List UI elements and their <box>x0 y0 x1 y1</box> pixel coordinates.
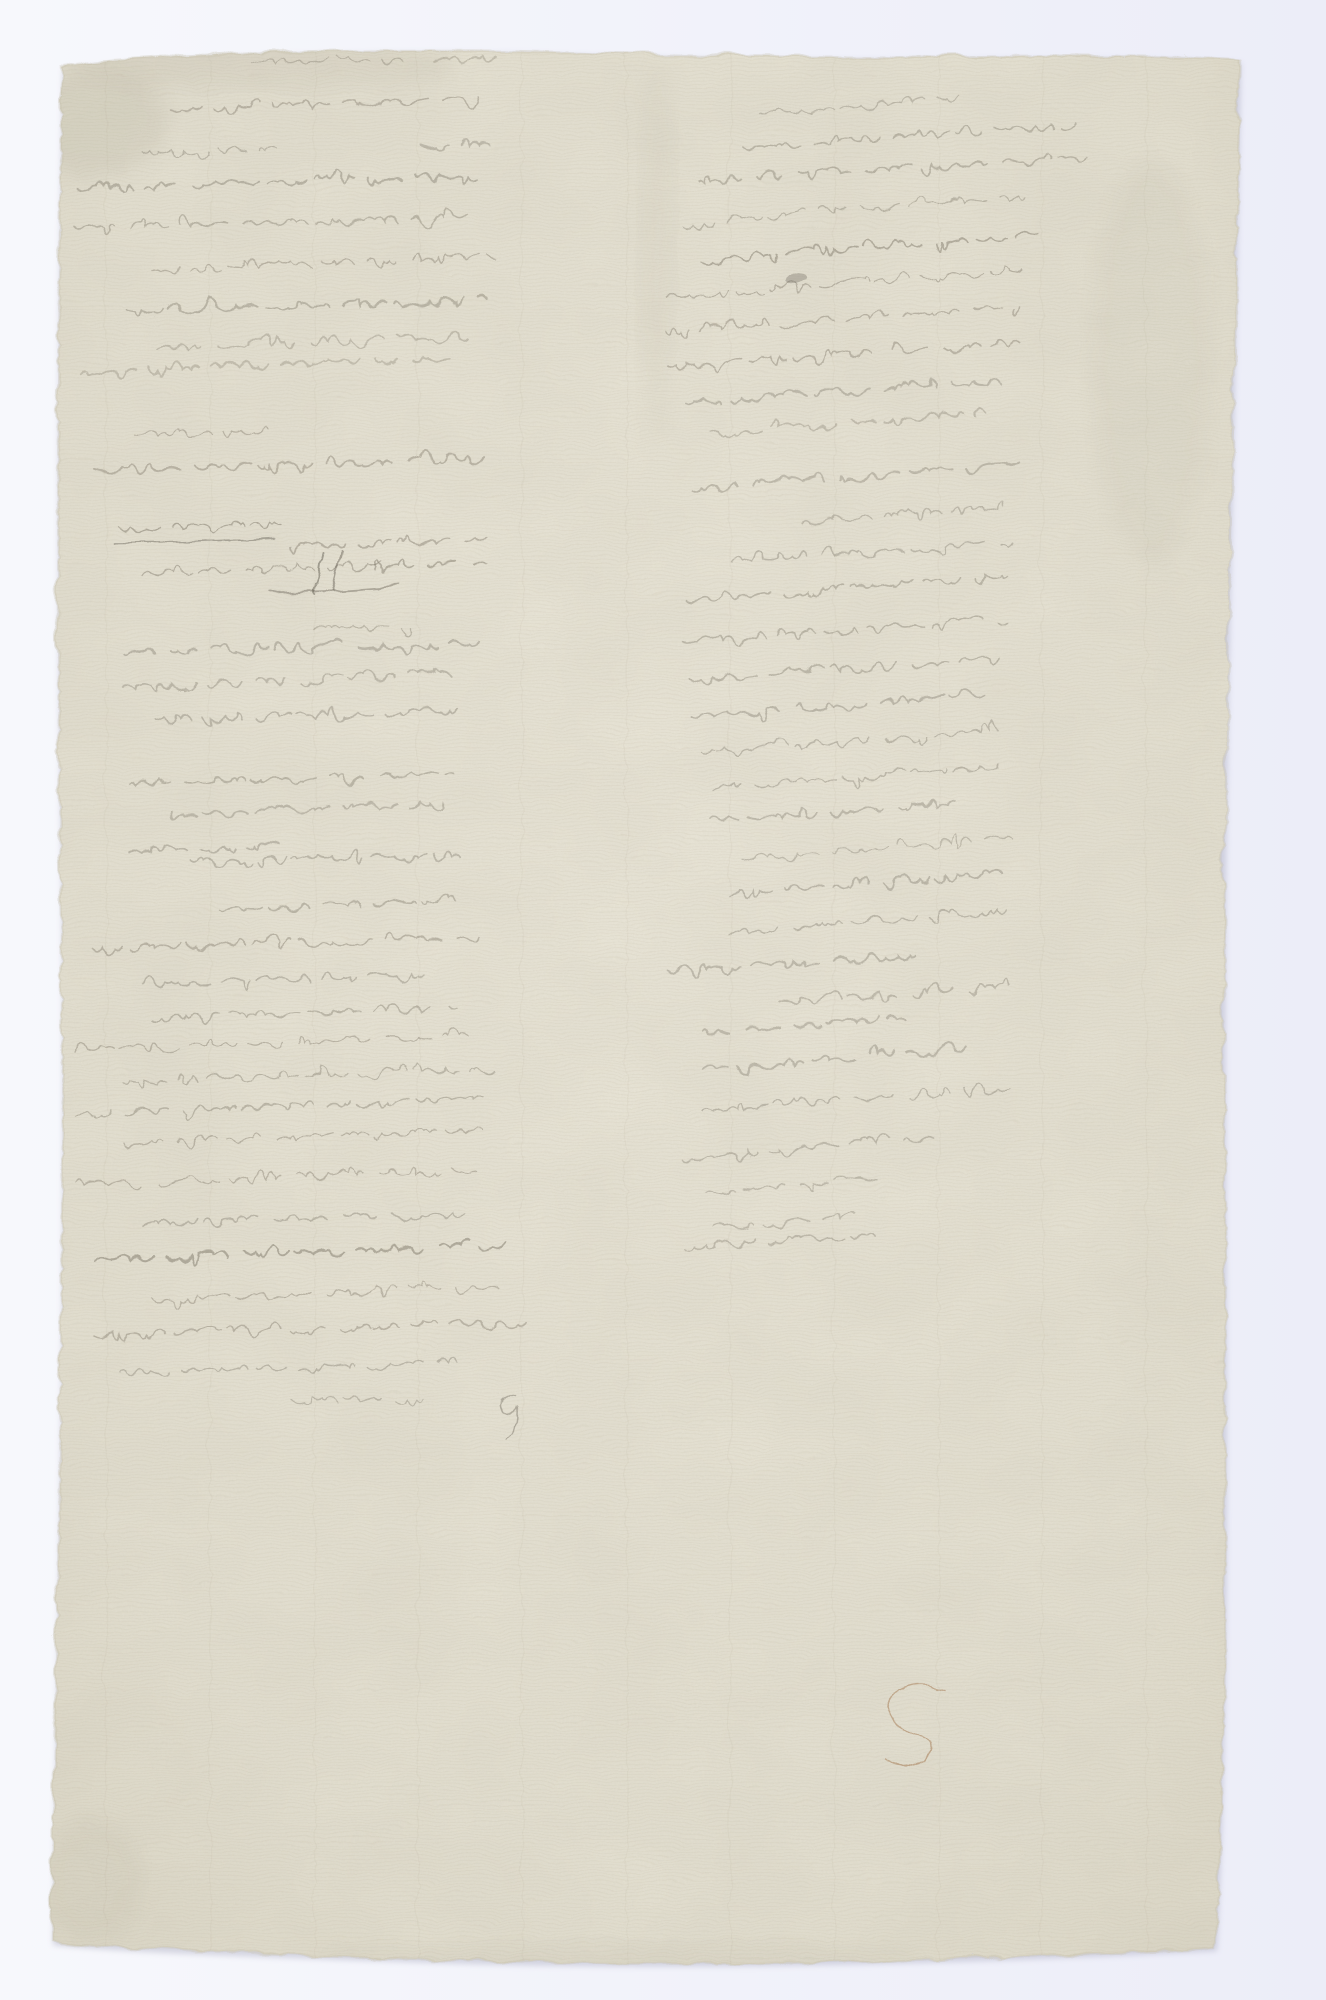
manuscript-svg <box>0 0 1326 2000</box>
paper-group <box>25 36 1250 1977</box>
manuscript-scan <box>0 0 1326 2000</box>
smudge <box>40 1820 140 1940</box>
smudge <box>637 60 673 440</box>
smudge <box>1090 160 1210 560</box>
